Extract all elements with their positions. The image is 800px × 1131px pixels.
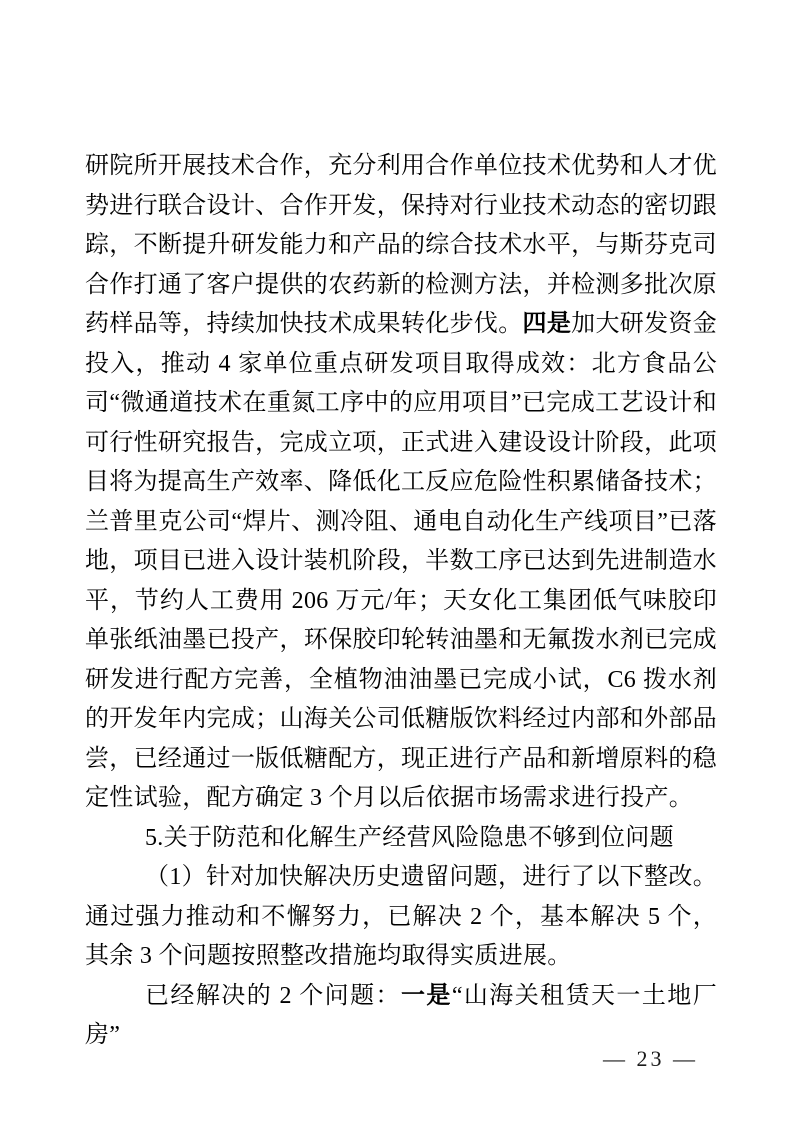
page-number: — 23 — — [603, 1046, 698, 1072]
bold-run: 一是 — [401, 983, 452, 1009]
paragraph: （1）针对加快解决历史遗留问题，进行了以下整改。通过强力推动和不懈努力，已解决 … — [85, 858, 717, 977]
document-page: 研院所开展技术合作，充分利用合作单位技术优势和人才优势进行联合设计、合作开发，保… — [0, 0, 800, 1131]
text-run: 已经解决的 2 个问题： — [145, 983, 401, 1009]
document-body: 研院所开展技术合作，充分利用合作单位技术优势和人才优势进行联合设计、合作开发，保… — [85, 147, 717, 1056]
text-run: 研院所开展技术合作，充分利用合作单位技术优势和人才优势进行联合设计、合作开发，保… — [85, 153, 717, 337]
paragraph: 5.关于防范和化解生产经营风险隐患不够到位问题 — [85, 819, 717, 859]
text-run: 加大研发资金投入，推动 4 家单位重点研发项目取得成效：北方食品公司“微通道技术… — [85, 311, 717, 811]
paragraph: 研院所开展技术合作，充分利用合作单位技术优势和人才优势进行联合设计、合作开发，保… — [85, 147, 717, 819]
paragraph: 已经解决的 2 个问题：一是“山海关租赁天一土地厂房” — [85, 977, 717, 1056]
bold-run: 四是 — [523, 311, 572, 337]
text-run: （1）针对加快解决历史遗留问题，进行了以下整改。通过强力推动和不懈努力，已解决 … — [85, 864, 717, 969]
text-run: 5.关于防范和化解生产经营风险隐患不够到位问题 — [145, 825, 674, 851]
